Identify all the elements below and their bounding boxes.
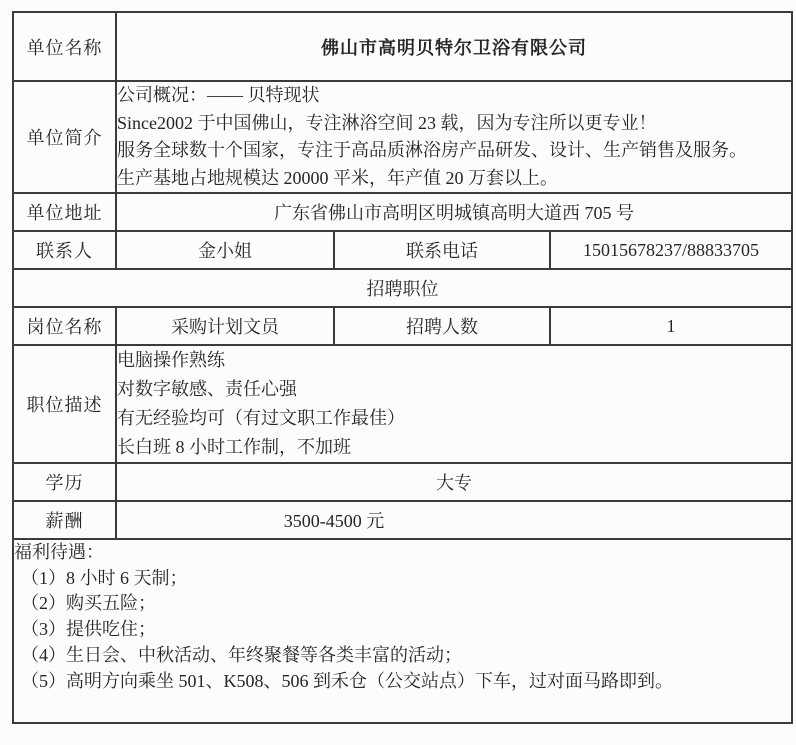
position-name-label: 岗位名称 bbox=[13, 307, 116, 345]
headcount-value: 1 bbox=[550, 307, 792, 345]
intro-line: 服务全球数十个国家，专注于高品质淋浴房产品研发、设计、生产销售及服务。 bbox=[117, 137, 791, 165]
intro-line: 公司概况：—— 贝特现状 bbox=[117, 82, 791, 110]
table-row: 福利待遇： （1）8 小时 6 天制； （2）购买五险； （3）提供吃住； （4… bbox=[13, 539, 792, 723]
benefits-title: 福利待遇： bbox=[14, 540, 791, 566]
intro-line: 生产基地占地规模达 20000 平米，年产值 20 万套以上。 bbox=[117, 165, 791, 193]
table-row: 单位名称 佛山市高明贝特尔卫浴有限公司 bbox=[13, 12, 792, 81]
job-description-line: 对数字敏感、责任心强 bbox=[117, 375, 791, 404]
contact-phone-label: 联系电话 bbox=[334, 231, 550, 269]
unit-name-value: 佛山市高明贝特尔卫浴有限公司 bbox=[116, 12, 792, 81]
salary-label: 薪酬 bbox=[13, 501, 116, 539]
table-row: 单位地址 广东省佛山市高明区明城镇高明大道西 705 号 bbox=[13, 193, 792, 231]
table-row: 薪酬 3500-4500 元 bbox=[13, 501, 792, 539]
table-row: 岗位名称 采购计划文员 招聘人数 1 bbox=[13, 307, 792, 345]
benefits-cell: 福利待遇： （1）8 小时 6 天制； （2）购买五险； （3）提供吃住； （4… bbox=[13, 539, 792, 723]
contact-person-label: 联系人 bbox=[13, 231, 116, 269]
table-row: 招聘职位 bbox=[13, 269, 792, 307]
position-name-value: 采购计划文员 bbox=[116, 307, 334, 345]
table-row: 职位描述 电脑操作熟练 对数字敏感、责任心强 有无经验均可（有过文职工作最佳） … bbox=[13, 345, 792, 463]
recruitment-section-title: 招聘职位 bbox=[13, 269, 792, 307]
contact-phone-value: 15015678237/88833705 bbox=[550, 231, 792, 269]
benefit-item: （3）提供吃住； bbox=[21, 617, 791, 643]
unit-intro-value: 公司概况：—— 贝特现状 Since2002 于中国佛山，专注淋浴空间 23 载… bbox=[116, 81, 792, 193]
benefit-item: （1）8 小时 6 天制； bbox=[21, 566, 791, 592]
unit-name-label: 单位名称 bbox=[13, 12, 116, 81]
table-row: 学历 大专 bbox=[13, 463, 792, 501]
contact-person-value: 金小姐 bbox=[116, 231, 334, 269]
salary-cell: 3500-4500 元 bbox=[116, 501, 792, 539]
education-label: 学历 bbox=[13, 463, 116, 501]
headcount-label: 招聘人数 bbox=[334, 307, 550, 345]
job-description-label: 职位描述 bbox=[13, 345, 116, 463]
job-description-line: 长白班 8 小时工作制，不加班 bbox=[117, 433, 791, 462]
job-posting-table: 单位名称 佛山市高明贝特尔卫浴有限公司 单位简介 公司概况：—— 贝特现状 Si… bbox=[12, 11, 793, 724]
job-description-line: 电脑操作熟练 bbox=[117, 346, 791, 375]
benefit-item: （4）生日会、中秋活动、年终聚餐等各类丰富的活动； bbox=[21, 643, 791, 669]
job-description-line: 有无经验均可（有过文职工作最佳） bbox=[117, 404, 791, 433]
table-row: 联系人 金小姐 联系电话 15015678237/88833705 bbox=[13, 231, 792, 269]
benefit-item: （5）高明方向乘坐 501、K508、506 到禾仓（公交站点）下车，过对面马路… bbox=[21, 669, 791, 695]
education-value: 大专 bbox=[116, 463, 792, 501]
job-posting-page: 单位名称 佛山市高明贝特尔卫浴有限公司 单位简介 公司概况：—— 贝特现状 Si… bbox=[0, 0, 796, 745]
unit-address-value: 广东省佛山市高明区明城镇高明大道西 705 号 bbox=[116, 193, 792, 231]
intro-line: Since2002 于中国佛山，专注淋浴空间 23 载，因为专注所以更专业！ bbox=[117, 110, 791, 138]
job-description-value: 电脑操作熟练 对数字敏感、责任心强 有无经验均可（有过文职工作最佳） 长白班 8… bbox=[116, 345, 792, 463]
table-row: 单位简介 公司概况：—— 贝特现状 Since2002 于中国佛山，专注淋浴空间… bbox=[13, 81, 792, 193]
salary-value: 3500-4500 元 bbox=[117, 507, 551, 533]
unit-address-label: 单位地址 bbox=[13, 193, 116, 231]
unit-intro-label: 单位简介 bbox=[13, 81, 116, 193]
benefit-item: （2）购买五险； bbox=[21, 591, 791, 617]
